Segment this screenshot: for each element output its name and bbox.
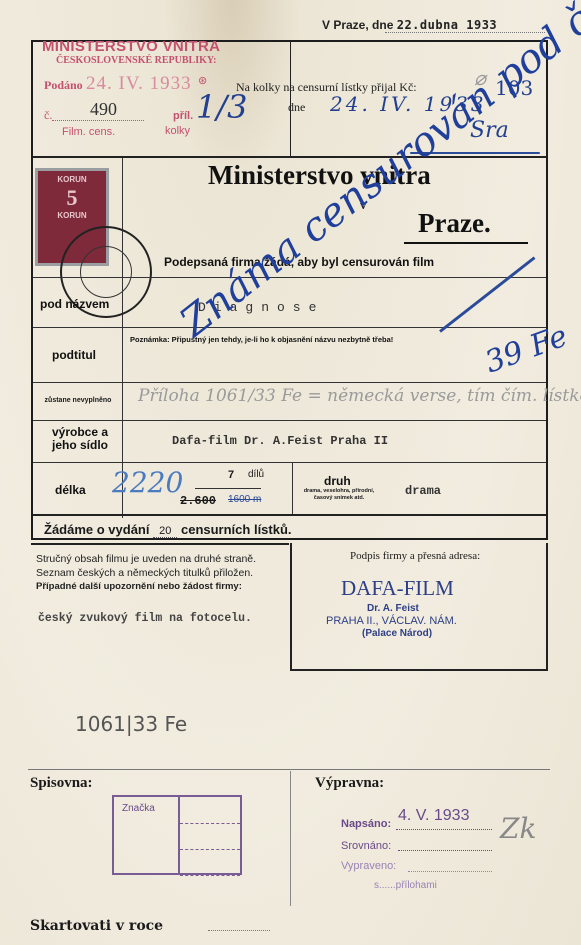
request-copies-prefix: Žádáme o vydání bbox=[44, 522, 149, 537]
title-label: pod názvem bbox=[40, 297, 109, 311]
row-line-2 bbox=[33, 327, 546, 328]
info-line-2: Seznam českých a německých titulků přilo… bbox=[36, 566, 256, 580]
registry-mark-label: Značka bbox=[122, 803, 155, 814]
fee-date-label: dne bbox=[288, 100, 305, 115]
dispatch-label: Výpravna: bbox=[315, 775, 384, 792]
dispatch-attachments-label: s......přílohami bbox=[374, 880, 437, 891]
title-underline bbox=[404, 242, 528, 244]
subtitle-note: Poznámka: Připustný jen tehdy, je-li ho … bbox=[130, 335, 393, 344]
genre-label: druh bbox=[324, 474, 351, 488]
dispatch-checked-line bbox=[398, 850, 492, 851]
subtitle-label: podtitul bbox=[52, 348, 96, 362]
producer-label: výrobce a jeho sídlo bbox=[38, 426, 122, 452]
stamp-dept-label: Film. cens. bbox=[62, 126, 115, 138]
producer-value: Dafa-film Dr. A.Feist Praha II bbox=[172, 434, 388, 448]
postmark-inner-circle bbox=[80, 246, 132, 298]
registry-label: Spisovna: bbox=[30, 775, 93, 792]
genre-divider bbox=[292, 462, 293, 514]
registry-mark-line-1 bbox=[180, 823, 240, 824]
date-dotted-line bbox=[385, 32, 545, 33]
row-line-4 bbox=[33, 420, 546, 421]
length-handwritten: 2220 bbox=[112, 466, 183, 499]
leave-blank-label: zůstane nevyplněno bbox=[36, 397, 120, 404]
stamp-received-date: 24. IV. 1933 bbox=[86, 73, 192, 95]
parts-value: 7 bbox=[228, 469, 234, 481]
dispatch-checked-label: Srovnáno: bbox=[341, 840, 391, 852]
bottom-section-line bbox=[28, 769, 550, 770]
genre-value: drama bbox=[405, 484, 441, 498]
request-copies-suffix: censurních lístků. bbox=[181, 522, 292, 537]
company-stamp-building: (Palace Národ) bbox=[362, 628, 432, 639]
stamp-seal-icon: ⊛ bbox=[198, 74, 207, 87]
label-column-divider bbox=[122, 158, 123, 518]
row-line-3 bbox=[33, 382, 546, 383]
dispatch-written-line bbox=[396, 829, 492, 830]
stamp-attachments-label: příl. bbox=[173, 110, 193, 122]
company-stamp-address: PRAHA II., VÁCLAV. NÁM. bbox=[326, 615, 457, 627]
dispatch-initials: Zk bbox=[500, 812, 536, 845]
row-line-5 bbox=[33, 462, 546, 463]
request-copies-count: 20 bbox=[153, 525, 177, 538]
registry-mark-line-2 bbox=[180, 849, 240, 850]
info-line-3: Případné další upozornění nebo žádost fi… bbox=[36, 580, 256, 594]
title-city: Praze. bbox=[418, 208, 491, 239]
typed-note: český zvukový film na fotocelu. bbox=[38, 612, 252, 625]
top-divider bbox=[290, 42, 291, 156]
revenue-stamp-value: 5 bbox=[38, 185, 106, 211]
length-sub-line bbox=[195, 488, 261, 489]
length-label: délka bbox=[55, 483, 86, 497]
revenue-stamp-currency-2: KORUN bbox=[38, 211, 106, 221]
registry-mark-line-3 bbox=[180, 875, 240, 876]
stamp-stamps-label: kolky bbox=[165, 125, 190, 137]
file-reference: 1061|33 Fe bbox=[75, 712, 187, 736]
stamp-ministry-line: MINISTERSTVO VNITRA bbox=[42, 38, 220, 55]
stamp-republic-line: ČESKOSLOVENSKÉ REPUBLIKY: bbox=[56, 55, 217, 66]
revenue-stamp-currency: KORUN bbox=[38, 171, 106, 185]
genre-hint: drama, veselohra, přírodní, časový sníme… bbox=[294, 488, 384, 502]
length-struck-meters: 1600 m bbox=[228, 494, 261, 505]
dispatch-sent-label: Vypraveno: bbox=[341, 860, 396, 872]
stamp-number-value: 490 bbox=[90, 99, 117, 120]
shred-line bbox=[208, 930, 270, 931]
company-stamp-owner: Dr. A. Feist bbox=[367, 603, 419, 614]
stamp-received-label: Podáno bbox=[44, 78, 83, 93]
request-copies: Žádáme o vydání 20 censurních lístků. bbox=[44, 522, 292, 537]
parts-label: dílů bbox=[248, 469, 264, 480]
top-boxes-bottom-line bbox=[33, 156, 546, 158]
dispatch-written-label: Napsáno: bbox=[341, 818, 391, 830]
place-date-label: V Praze, dne bbox=[322, 18, 393, 32]
stamp-number-line bbox=[52, 120, 144, 121]
place-date: V Praze, dne 22.dubna 1933 bbox=[322, 18, 497, 32]
info-line-1: Stručný obsah filmu je uveden na druhé s… bbox=[36, 552, 256, 566]
length-printed-meters: 2.600 bbox=[180, 494, 216, 508]
info-box-top bbox=[31, 543, 289, 545]
row-line-6 bbox=[33, 514, 546, 516]
company-stamp-name: DAFA-FILM bbox=[341, 576, 454, 601]
dispatch-sent-line bbox=[408, 871, 492, 872]
registry-mark-box: Značka bbox=[112, 795, 242, 875]
row-line-1 bbox=[33, 277, 546, 278]
signature-label: Podpis firmy a přesná adresa: bbox=[350, 550, 480, 562]
shred-label: Skartovati v roce bbox=[30, 918, 163, 934]
info-box: Stručný obsah filmu je uveden na druhé s… bbox=[36, 552, 256, 594]
bottom-divider bbox=[290, 771, 291, 906]
dispatch-written-value: 4. V. 1933 bbox=[398, 807, 469, 825]
registry-mark-divider bbox=[178, 797, 180, 873]
pencil-note: Příloha 1061/33 Fe = německá verse, tím … bbox=[138, 386, 581, 406]
signature-box bbox=[290, 543, 548, 671]
place-date-value: 22.dubna 1933 bbox=[397, 18, 497, 32]
